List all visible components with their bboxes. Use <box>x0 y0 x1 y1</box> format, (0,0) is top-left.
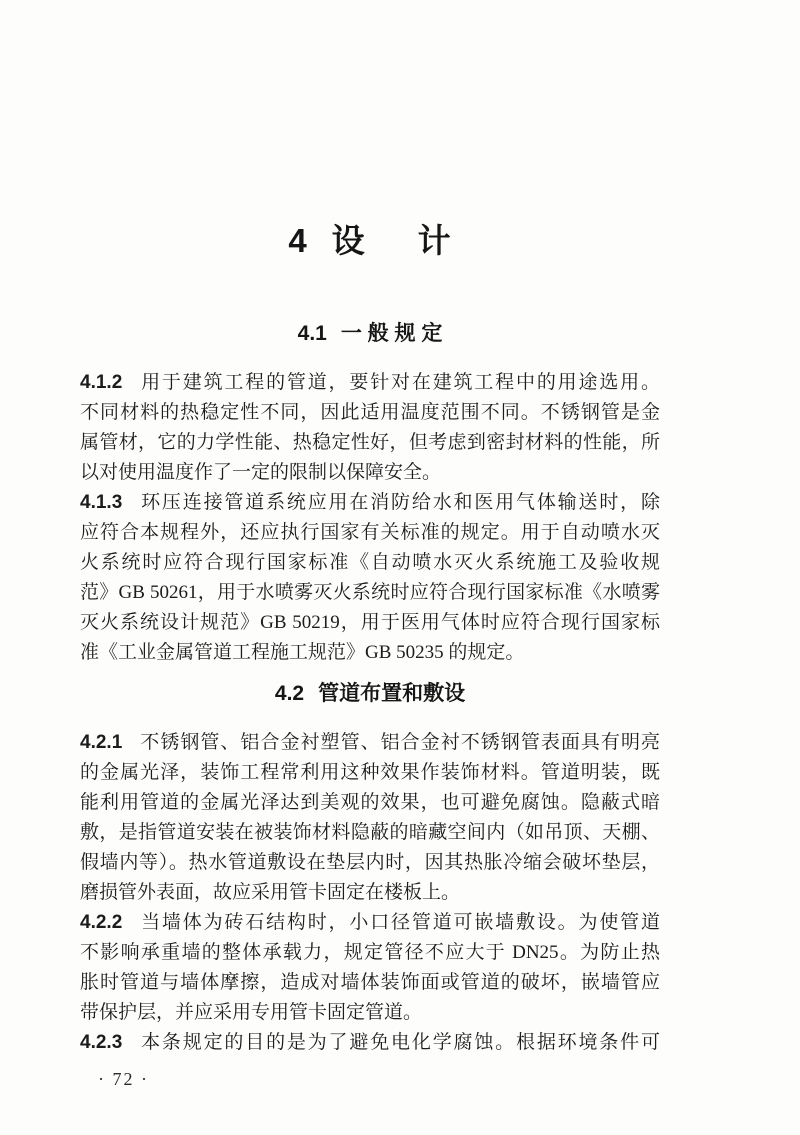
text-line: 火系统时应符合现行国家标准《自动喷水灭火系统施工及验收规 <box>80 548 660 578</box>
chapter-number: 4 <box>288 222 307 260</box>
text-line: 准《工业金属管道工程施工规范》GB 50235 的规定。 <box>80 638 660 668</box>
document-page: 4 设 计 4.1一 般 规 定 4.1.2用于建筑工程的管道，要针对在建筑工程… <box>0 0 800 1135</box>
text-line: 胀时管道与墙体摩擦，造成对墙体装饰面或管道的破坏，嵌墙管应 <box>80 968 660 998</box>
text-line: 4.1.2用于建筑工程的管道，要针对在建筑工程中的用途选用。 <box>80 368 660 398</box>
section-heading-4-1: 4.1一 般 规 定 <box>80 320 660 348</box>
chapter-title: 4 设 计 <box>80 222 660 260</box>
clause-4.2.1: 4.2.1不锈钢管、铝合金衬塑管、铝合金衬不锈钢管表面具有明亮的金属光泽，装饰工… <box>80 728 660 908</box>
clause-4.1.3: 4.1.3环压连接管道系统应用在消防给水和医用气体输送时，除应符合本规程外，还应… <box>80 488 660 668</box>
clause-first-line-text: 本条规定的目的是为了避免电化学腐蚀。根据环境条件可 <box>139 1032 660 1053</box>
section-4-2: 4.2管道布置和敷设 4.2.1不锈钢管、铝合金衬塑管、铝合金衬不锈钢管表面具有… <box>80 680 660 1058</box>
text-line: 4.2.1不锈钢管、铝合金衬塑管、铝合金衬不锈钢管表面具有明亮 <box>80 728 660 758</box>
section-clauses-4-1: 4.1.2用于建筑工程的管道，要针对在建筑工程中的用途选用。不同材料的热稳定性不… <box>80 368 660 668</box>
clause-4.1.2: 4.1.2用于建筑工程的管道，要针对在建筑工程中的用途选用。不同材料的热稳定性不… <box>80 368 660 488</box>
clause-first-line-text: 当墙体为砖石结构时，小口径管道可嵌墙敷设。为使管道 <box>139 912 660 933</box>
chapter-title-char-1: 设 <box>332 222 366 260</box>
clause-first-line-text: 不锈钢管、铝合金衬塑管、铝合金衬不锈钢管表面具有明亮 <box>139 732 660 753</box>
text-line: 以对使用温度作了一定的限制以保障安全。 <box>80 458 660 488</box>
clause-number: 4.1.3 <box>80 492 122 513</box>
text-line: 4.1.3环压连接管道系统应用在消防给水和医用气体输送时，除 <box>80 488 660 518</box>
page-content: 4 设 计 4.1一 般 规 定 4.1.2用于建筑工程的管道，要针对在建筑工程… <box>80 222 660 1094</box>
section-number: 4.1 <box>298 322 327 345</box>
text-line: 4.2.2当墙体为砖石结构时，小口径管道可嵌墙敷设。为使管道 <box>80 908 660 938</box>
section-heading-4-2: 4.2管道布置和敷设 <box>80 680 660 708</box>
text-line: 的金属光泽，装饰工程常利用这种效果作装饰材料。管道明装，既 <box>80 758 660 788</box>
clause-4.2.2: 4.2.2当墙体为砖石结构时，小口径管道可嵌墙敷设。为使管道不影响承重墙的整体承… <box>80 908 660 1028</box>
text-line: 不影响承重墙的整体承载力，规定管径不应大于 DN25。为防止热 <box>80 938 660 968</box>
clause-first-line-text: 环压连接管道系统应用在消防给水和医用气体输送时，除 <box>139 492 660 513</box>
section-clauses-4-2: 4.2.1不锈钢管、铝合金衬塑管、铝合金衬不锈钢管表面具有明亮的金属光泽，装饰工… <box>80 728 660 1058</box>
section-4-1: 4.1一 般 规 定 4.1.2用于建筑工程的管道，要针对在建筑工程中的用途选用… <box>80 320 660 668</box>
clause-first-line-text: 用于建筑工程的管道，要针对在建筑工程中的用途选用。 <box>139 372 660 393</box>
clause-number: 4.2.2 <box>80 912 122 933</box>
section-number: 4.2 <box>275 682 304 705</box>
text-line: 能利用管道的金属光泽达到美观的效果，也可避免腐蚀。隐蔽式暗 <box>80 788 660 818</box>
text-line: 属管材，它的力学性能、热稳定性好，但考虑到密封材料的性能，所 <box>80 428 660 458</box>
text-line: 范》GB 50261，用于水喷雾灭火系统时应符合现行国家标准《水喷雾 <box>80 578 660 608</box>
text-line: 灭火系统设计规范》GB 50219，用于医用气体时应符合现行国家标 <box>80 608 660 638</box>
text-line: 带保护层，并应采用专用管卡固定管道。 <box>80 998 660 1028</box>
clause-number: 4.2.3 <box>80 1032 122 1053</box>
text-line: 4.2.3本条规定的目的是为了避免电化学腐蚀。根据环境条件可 <box>80 1028 660 1058</box>
text-line: 磨损管外表面，故应采用管卡固定在楼板上。 <box>80 878 660 908</box>
clause-number: 4.2.1 <box>80 732 122 753</box>
clause-4.2.3: 4.2.3本条规定的目的是为了避免电化学腐蚀。根据环境条件可 <box>80 1028 660 1058</box>
section-title: 管道布置和敷设 <box>318 682 465 705</box>
clause-number: 4.1.2 <box>80 372 122 393</box>
text-line: 敷，是指管道安装在被装饰材料隐蔽的暗藏空间内（如吊顶、天棚、 <box>80 818 660 848</box>
text-line: 假墙内等）。热水管道敷设在垫层内时，因其热胀冷缩会破坏垫层， <box>80 848 660 878</box>
text-line: 应符合本规程外，还应执行国家有关标准的规定。用于自动喷水灭 <box>80 518 660 548</box>
chapter-title-char-2: 计 <box>418 222 452 260</box>
page-number: · 72 · <box>98 1064 660 1094</box>
text-line: 不同材料的热稳定性不同，因此适用温度范围不同。不锈钢管是金 <box>80 398 660 428</box>
section-title: 一 般 规 定 <box>341 322 443 345</box>
